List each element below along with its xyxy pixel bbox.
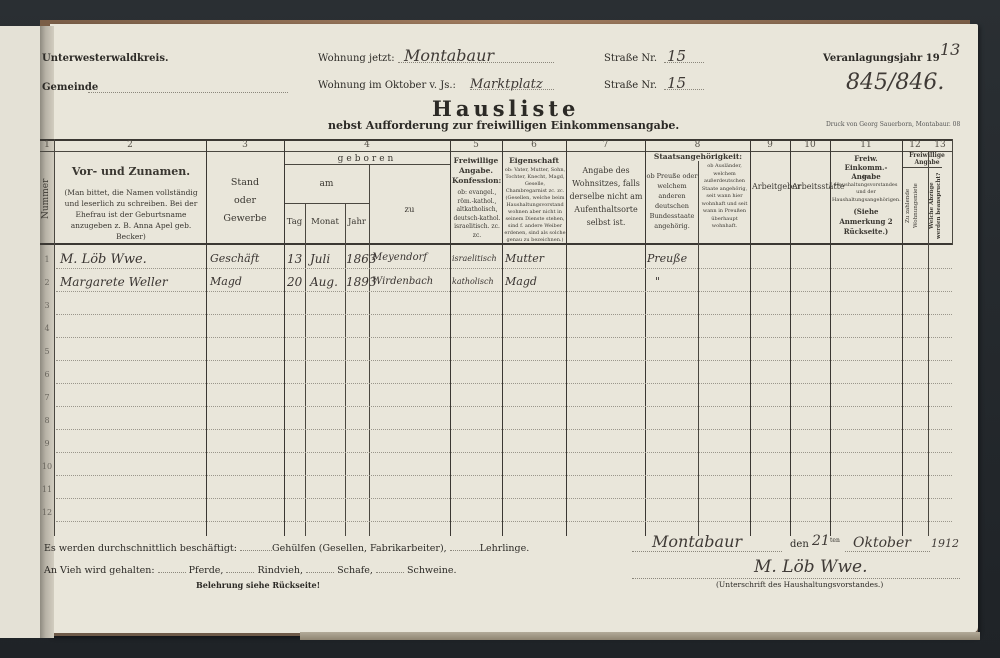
- signature-value: M. Löb Wwe.: [632, 557, 868, 577]
- row-number-7: 7: [40, 393, 54, 402]
- row-line-6: [56, 383, 952, 384]
- cattle-count-field[interactable]: [226, 572, 254, 573]
- month-field[interactable]: Oktober: [845, 532, 930, 552]
- col-divider-tag: [305, 203, 306, 536]
- colnum-3: 3: [206, 140, 284, 150]
- date-month: Oktober: [845, 535, 911, 551]
- current-residence-field[interactable]: Montabaur: [398, 46, 554, 63]
- geboren-rule: [284, 164, 450, 165]
- header-konfession-title: Freiwillige Angabe. Konfession:: [452, 156, 500, 186]
- row1-eigenschaft[interactable]: Mutter: [505, 252, 544, 265]
- october-residence-value: Marktplatz: [470, 77, 543, 92]
- assessment-year-value[interactable]: 13: [940, 40, 960, 59]
- municipality-field[interactable]: [88, 92, 288, 93]
- street-number-field-2[interactable]: 15: [664, 73, 704, 90]
- livestock-pigs-label: Schweine.: [407, 565, 457, 576]
- freiwillig-rule: [902, 167, 942, 168]
- header-eigenschaft-note: ob: Vater, Mutter, Sohn, Tochter, Knecht…: [504, 167, 566, 244]
- livestock-sheep-label: Schafe,: [337, 565, 373, 576]
- row-number-10: 10: [40, 462, 54, 471]
- colnum-13: 13: [928, 140, 952, 150]
- horses-count-field[interactable]: [158, 572, 186, 573]
- header-eigenschaft-title: Eigenschaft: [504, 156, 564, 166]
- apprentices-count-field[interactable]: [450, 550, 480, 551]
- colnum-4: 4: [284, 140, 450, 150]
- row2-geburtsort[interactable]: Wirdenbach: [372, 276, 433, 287]
- header-zu: zu: [369, 205, 450, 215]
- colnum-2: 2: [54, 140, 206, 150]
- district-label: Unterwesterwaldkreis.: [42, 53, 168, 64]
- sheep-count-field[interactable]: [306, 572, 334, 573]
- printer-note: Druck von Georg Sauerborn, Montabaur. 08: [826, 121, 960, 128]
- header-jahr: Jahr: [345, 217, 369, 227]
- date-day[interactable]: 21: [812, 533, 830, 549]
- header-freiwillig: Freiwillige Angabe: [902, 152, 952, 166]
- employed-line: Es werden durchschnittlich beschäftigt: …: [44, 543, 529, 554]
- row1-monat[interactable]: Juli: [310, 252, 330, 266]
- row-number-8: 8: [40, 416, 54, 425]
- col-divider-jahr: [369, 164, 370, 536]
- livestock-prefix: An Vieh wird gehalten:: [44, 565, 155, 576]
- row2-eigenschaft[interactable]: Magd: [505, 275, 537, 288]
- row1-stand[interactable]: Geschäft: [210, 252, 259, 265]
- row1-name[interactable]: M. Löb Wwe.: [60, 252, 147, 267]
- row-number-4: 4: [40, 324, 54, 333]
- street-number-value-1: 15: [664, 47, 686, 65]
- row-line-11: [56, 498, 952, 499]
- current-residence-value: Montabaur: [398, 46, 494, 65]
- october-residence-field[interactable]: Marktplatz: [470, 73, 554, 90]
- date-year[interactable]: 1912: [931, 537, 959, 550]
- row-number-5: 5: [40, 347, 54, 356]
- header-einkommen-note: des Haushaltungsvorstandes und der Haush…: [832, 174, 900, 204]
- row-number-3: 3: [40, 301, 54, 310]
- instruction-note: Belehrung siehe Rückseite!: [196, 580, 320, 590]
- street-number-label-1: Straße Nr.: [604, 53, 657, 64]
- header-miete: Zu zahlende Wohnungsmiete: [904, 171, 926, 241]
- row1-konfession[interactable]: israelitisch: [452, 254, 497, 263]
- household-table: 1 2 3 4 5 6 7 8 9 10 11 12 13 Nummer Vor…: [40, 139, 952, 536]
- colnum-5: 5: [450, 140, 502, 150]
- form-title: Hausliste: [432, 96, 579, 121]
- row-line-1: [56, 268, 952, 269]
- livestock-line: An Vieh wird gehalten: Pferde, Rindvieh,…: [44, 565, 456, 576]
- header-arbeitgeber: Arbeitgeber: [752, 177, 788, 197]
- row2-monat[interactable]: Aug.: [310, 275, 338, 289]
- colnum-10: 10: [790, 140, 830, 150]
- signature-field[interactable]: M. Löb Wwe.: [632, 557, 960, 579]
- header-konfession-note: ob: evangel., röm.-kathol., altkatholisc…: [452, 189, 502, 240]
- header-staats-a: ob Preuße oder welchem anderen deutschen…: [646, 171, 698, 231]
- place-value: Montabaur: [632, 532, 742, 551]
- row-line-3: [56, 314, 952, 315]
- row2-konfession[interactable]: katholisch: [452, 277, 494, 286]
- header-name-title: Vor- und Zunamen.: [58, 167, 204, 177]
- row-line-9: [56, 452, 952, 453]
- row-number-12: 12: [40, 508, 54, 517]
- employed-apprentices-label: Lehrlinge.: [480, 543, 530, 554]
- header-staats-b: ob Ausländer, welchem außerdeutschen Sta…: [699, 163, 750, 231]
- row-line-12: [56, 521, 952, 522]
- colnum-8: 8: [645, 140, 750, 150]
- header-stand: Stand oder Gewerbe: [220, 174, 270, 228]
- row-line-8: [56, 429, 952, 430]
- row2-staat[interactable]: ": [655, 275, 660, 288]
- header-name-note: (Man bittet, die Namen vollständig und l…: [56, 187, 206, 242]
- col-divider-1: [54, 139, 55, 536]
- colnum-7: 7: [566, 140, 645, 150]
- header-arbeitsstaette: Arbeitsstätte: [792, 177, 828, 197]
- header-nummer: Nummer: [41, 169, 53, 229]
- header-monat: Monat: [305, 217, 345, 227]
- colnum-11: 11: [830, 140, 902, 150]
- header-staats-title: Staatsangehörigkeit:: [647, 152, 749, 162]
- row-line-5: [56, 360, 952, 361]
- colnum-6: 6: [502, 140, 566, 150]
- row1-tag[interactable]: 13: [287, 252, 302, 266]
- row-number-6: 6: [40, 370, 54, 379]
- street-number-label-2: Straße Nr.: [604, 80, 657, 91]
- row2-tag[interactable]: 20: [287, 275, 302, 289]
- livestock-cattle-label: Rindvieh,: [258, 565, 304, 576]
- assessment-year-label: Veranlagungsjahr 19: [823, 53, 940, 64]
- place-field[interactable]: Montabaur: [632, 532, 782, 552]
- am-rule: [284, 203, 369, 204]
- header-wohnsitz: Angabe des Wohnsitzes, falls derselbe ni…: [568, 164, 644, 229]
- row-number-11: 11: [40, 485, 54, 494]
- assistants-count-field[interactable]: [240, 550, 272, 551]
- header-einkommen-ref: (Siehe Anmerkung 2 Rückseite.): [832, 207, 900, 237]
- form-subtitle: nebst Aufforderung zur freiwilligen Eink…: [328, 119, 679, 132]
- row-line-10: [56, 475, 952, 476]
- header-geboren: geboren: [284, 154, 450, 164]
- row2-name[interactable]: Margarete Weller: [60, 275, 168, 289]
- header-am: am: [284, 179, 369, 189]
- row-number-9: 9: [40, 439, 54, 448]
- page-edge-bottom: [300, 632, 980, 640]
- row-number-2: 2: [40, 278, 54, 287]
- colnum-12: 12: [902, 140, 928, 150]
- employed-prefix: Es werden durchschnittlich beschäftigt:: [44, 543, 237, 554]
- street-number-field-1[interactable]: 15: [664, 46, 704, 63]
- employed-assistants-label: Gehülfen (Gesellen, Fabrikarbeiter),: [272, 543, 447, 554]
- october-residence-label: Wohnung im Oktober v. Js.:: [318, 80, 456, 91]
- row2-stand[interactable]: Magd: [210, 275, 242, 288]
- row1-geburtsort[interactable]: Meyendorf: [372, 252, 427, 263]
- reference-number: 845/846.: [846, 70, 944, 95]
- colnum-rule: [40, 151, 952, 152]
- street-number-value-2: 15: [664, 74, 686, 92]
- col-divider-13: [952, 139, 953, 245]
- current-residence-label: Wohnung jetzt:: [318, 53, 395, 64]
- ten-label: ten: [830, 537, 840, 544]
- row1-staat[interactable]: Preuße: [647, 252, 687, 265]
- row-line-4: [56, 337, 952, 338]
- den-label: den: [790, 539, 809, 550]
- livestock-horses-label: Pferde,: [189, 565, 224, 576]
- header-tag: Tag: [284, 217, 305, 227]
- header-abzuege: Welche Abzüge werden beansprucht?: [929, 171, 951, 241]
- colnum-1: 1: [40, 140, 54, 150]
- row-line-7: [56, 406, 952, 407]
- row-number-1: 1: [40, 255, 54, 264]
- pigs-count-field[interactable]: [376, 572, 404, 573]
- signature-label: (Unterschrift des Haushaltungsvorstandes…: [716, 580, 883, 589]
- colnum-9: 9: [750, 140, 790, 150]
- header-bottom-rule: [40, 243, 952, 245]
- row-line-2: [56, 291, 952, 292]
